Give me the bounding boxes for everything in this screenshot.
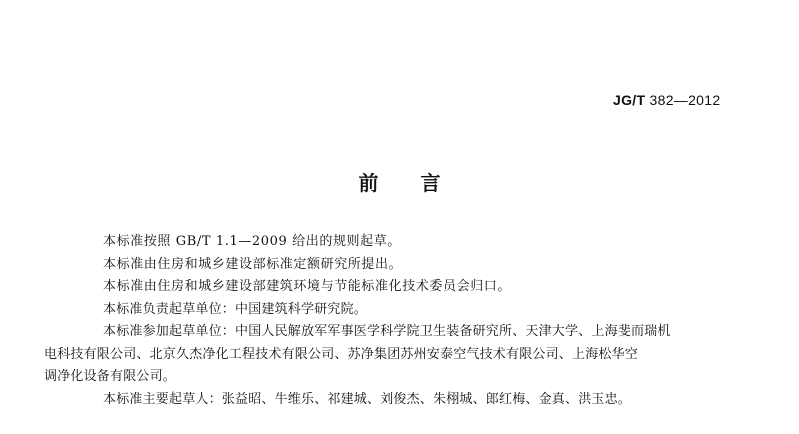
standard-code: JG/T 382—2012	[613, 92, 720, 108]
paragraph-centralized-by: 本标准由住房和城乡建设部建筑环境与节能标准化技术委员会归口。	[44, 276, 724, 299]
page-title: 前言	[0, 167, 799, 196]
body-paragraphs: 本标准按照 GB/T 1.1—2009 给出的规则起草。 本标准由住房和城乡建设…	[44, 231, 724, 411]
paragraph-lead-drafter: 本标准负责起草单位：中国建筑科学研究院。	[44, 299, 724, 322]
paragraph-participating-drafters-line-2: 电科技有限公司、北京久杰净化工程技术有限公司、苏净集团苏州安泰空气技术有限公司、…	[44, 344, 724, 367]
paragraph-proposer: 本标准由住房和城乡建设部标准定额研究所提出。	[44, 254, 724, 277]
paragraph-drafting-rules: 本标准按照 GB/T 1.1—2009 给出的规则起草。	[44, 231, 724, 254]
paragraph-main-drafters: 本标准主要起草人：张益昭、牛维乐、祁建城、刘俊杰、朱栩城、郎红梅、金真、洪玉忠。	[44, 389, 724, 412]
standard-prefix: JG/T	[613, 92, 645, 108]
title-char-1: 前	[359, 167, 379, 196]
paragraph-participating-drafters-line-3: 调净化设备有限公司。	[44, 366, 724, 389]
title-char-2: 言	[421, 167, 441, 196]
paragraph-participating-drafters-line-1: 本标准参加起草单位：中国人民解放军军事医学科学院卫生装备研究所、天津大学、上海斐…	[44, 321, 724, 344]
standard-number: 382—2012	[650, 92, 721, 108]
